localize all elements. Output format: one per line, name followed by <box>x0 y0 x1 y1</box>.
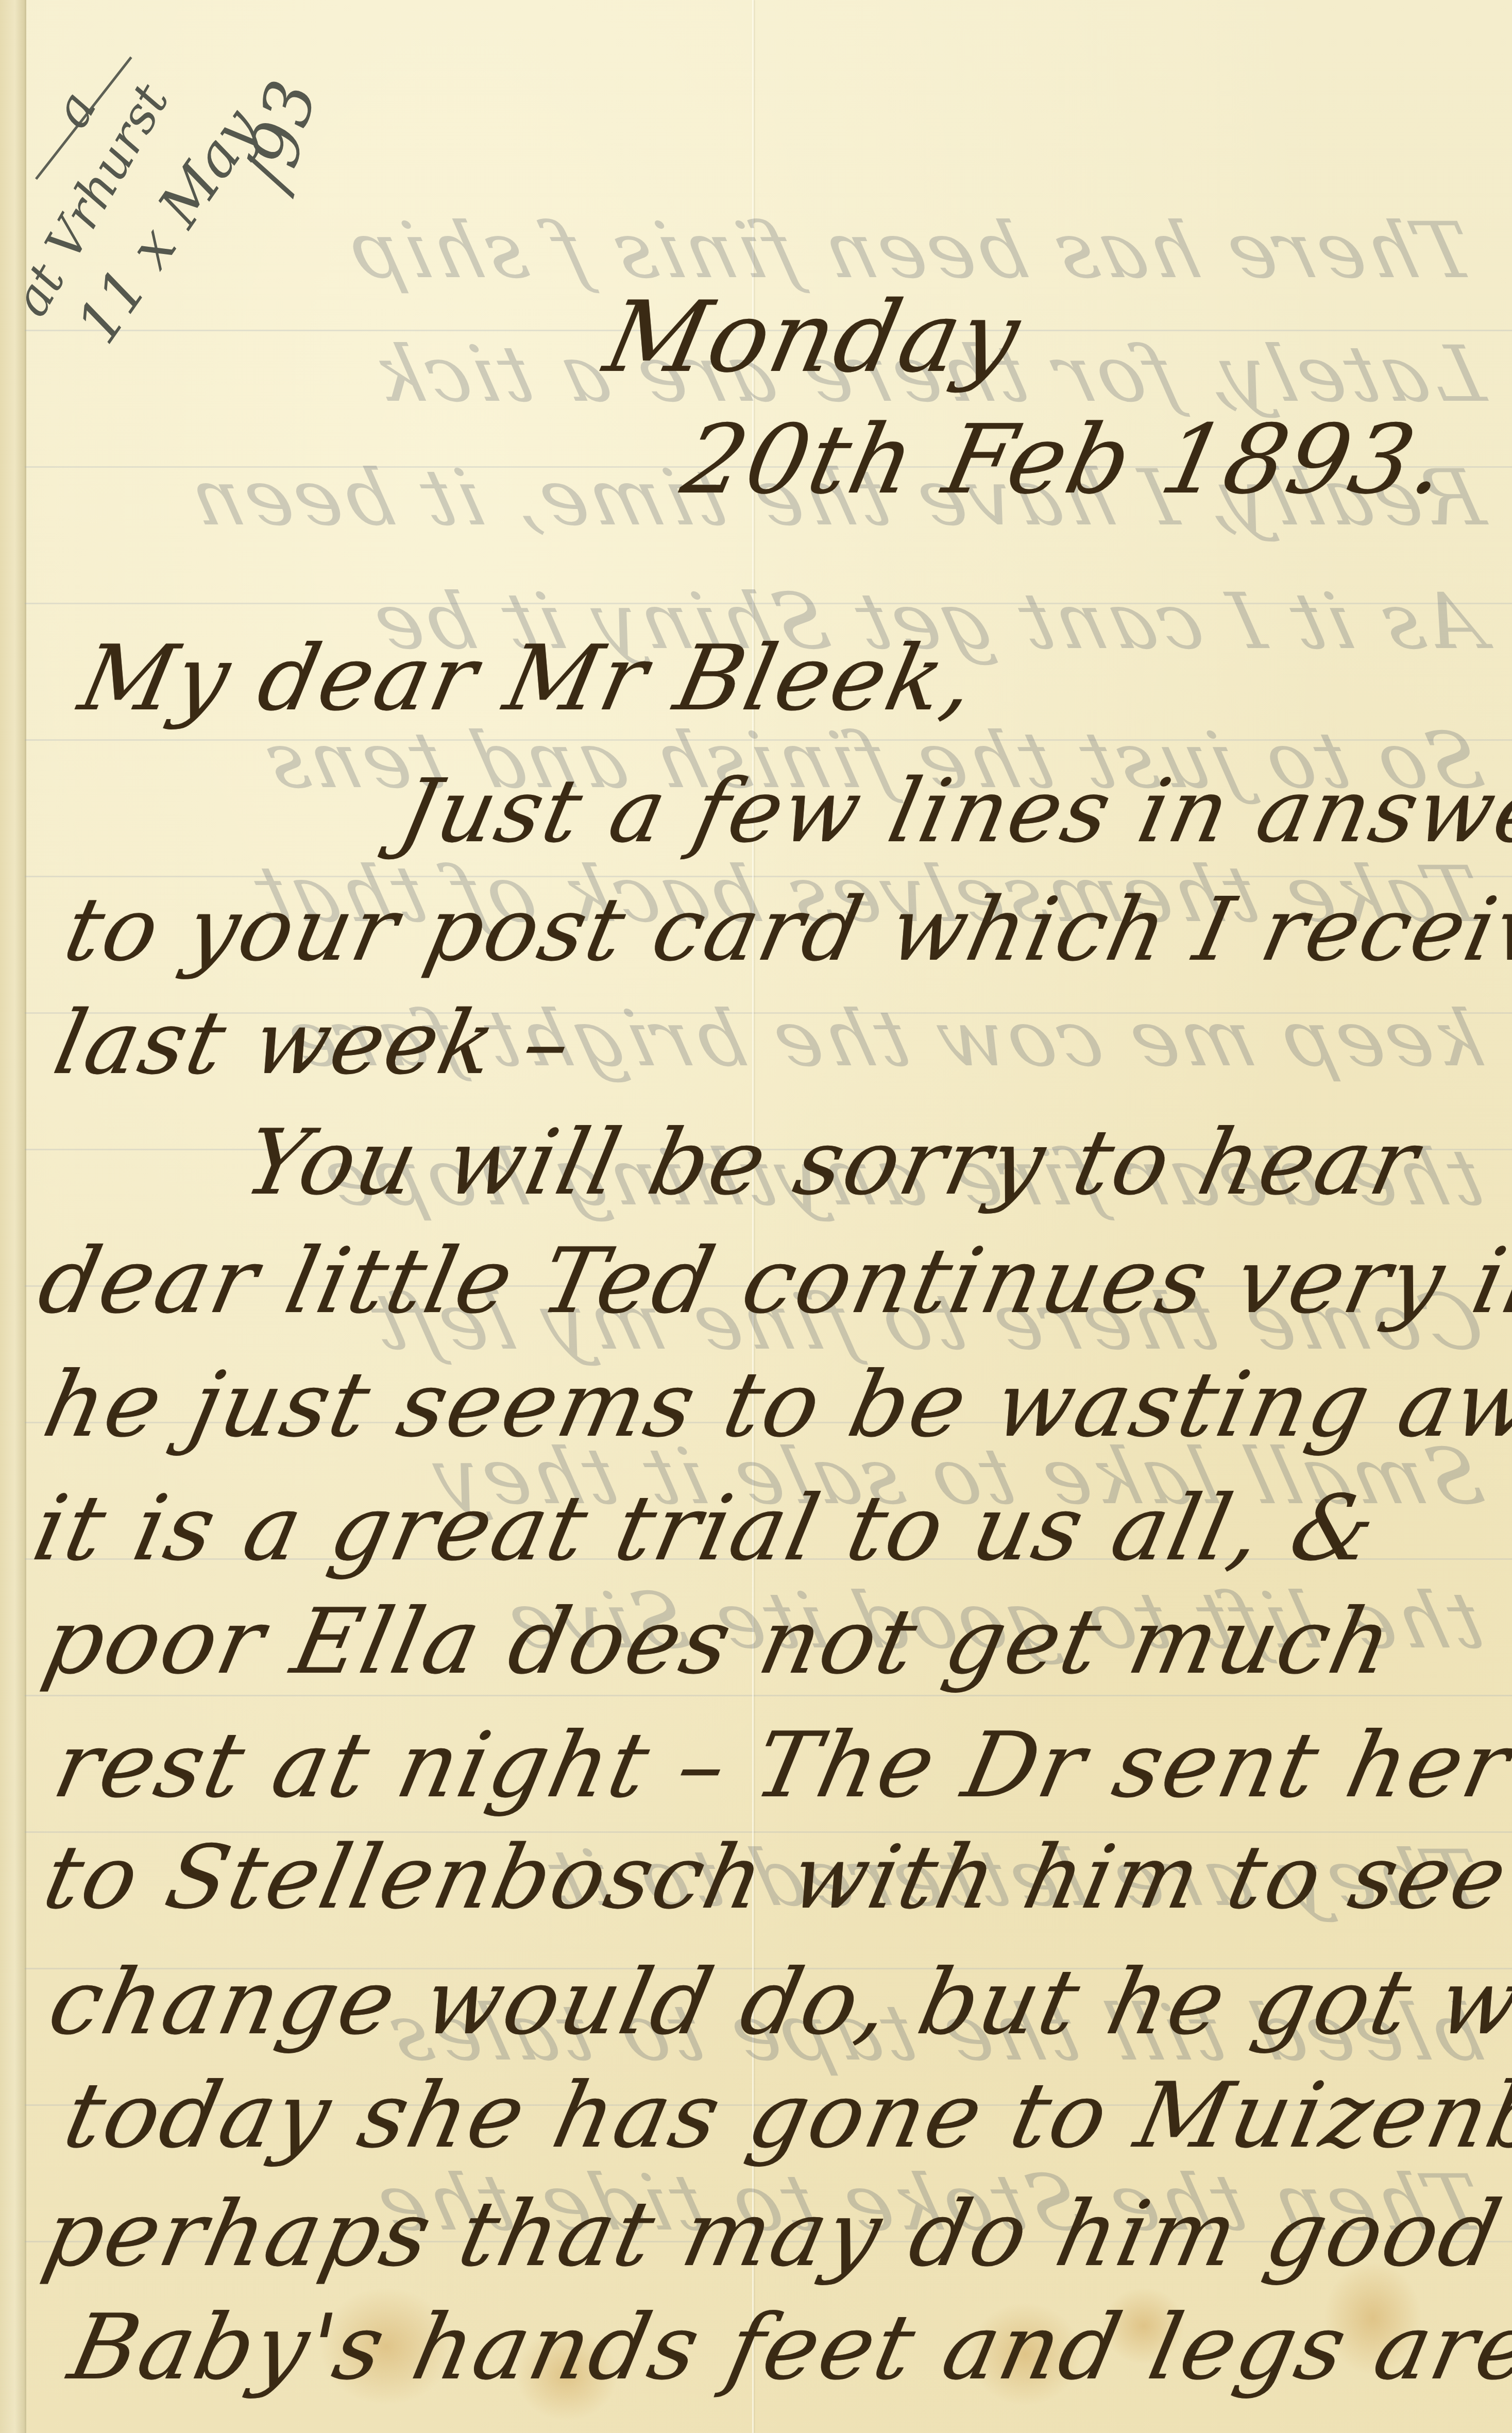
ruled-line <box>25 1695 1512 1696</box>
annotation-year: /93 <box>228 73 332 197</box>
body-line: to Stellenbosch with him to see what <box>37 1834 1512 1921</box>
letter-page: There has been finis f ship Lately, for … <box>0 0 1512 2433</box>
paper-left-edge <box>0 0 26 2433</box>
body-line: Baby's hands feet and legs are <box>62 2303 1512 2393</box>
body-line: it is a great trial to us all, & <box>26 1484 1385 1574</box>
body-line: to your post card which I received <box>58 886 1512 974</box>
body-line: last week – <box>47 999 580 1087</box>
body-line: rest at night – The Dr sent her <box>47 1721 1512 1811</box>
body-line: You will be sorry to hear <box>237 1118 1426 1208</box>
salutation: My dear Mr Bleek, <box>73 634 984 724</box>
ruled-line <box>25 739 1512 741</box>
body-line: change would do, but he got worse, <box>42 1958 1512 2048</box>
body-line: poor Ella does not get much <box>37 1597 1401 1687</box>
body-line: perhaps that may do him good <box>37 2189 1509 2279</box>
letter-date: 20th Feb 1893. <box>675 412 1457 507</box>
ruled-line <box>25 603 1512 604</box>
letter-day: Monday <box>598 288 1029 386</box>
body-line: he just seems to be wasting away, <box>37 1360 1512 1450</box>
body-line: dear little Ted continues very ill, <box>31 1236 1512 1326</box>
body-line: Just a few lines in answer <box>393 768 1512 855</box>
ruled-line <box>25 876 1512 877</box>
body-line: today she has gone to Muizenberg <box>57 2071 1512 2161</box>
